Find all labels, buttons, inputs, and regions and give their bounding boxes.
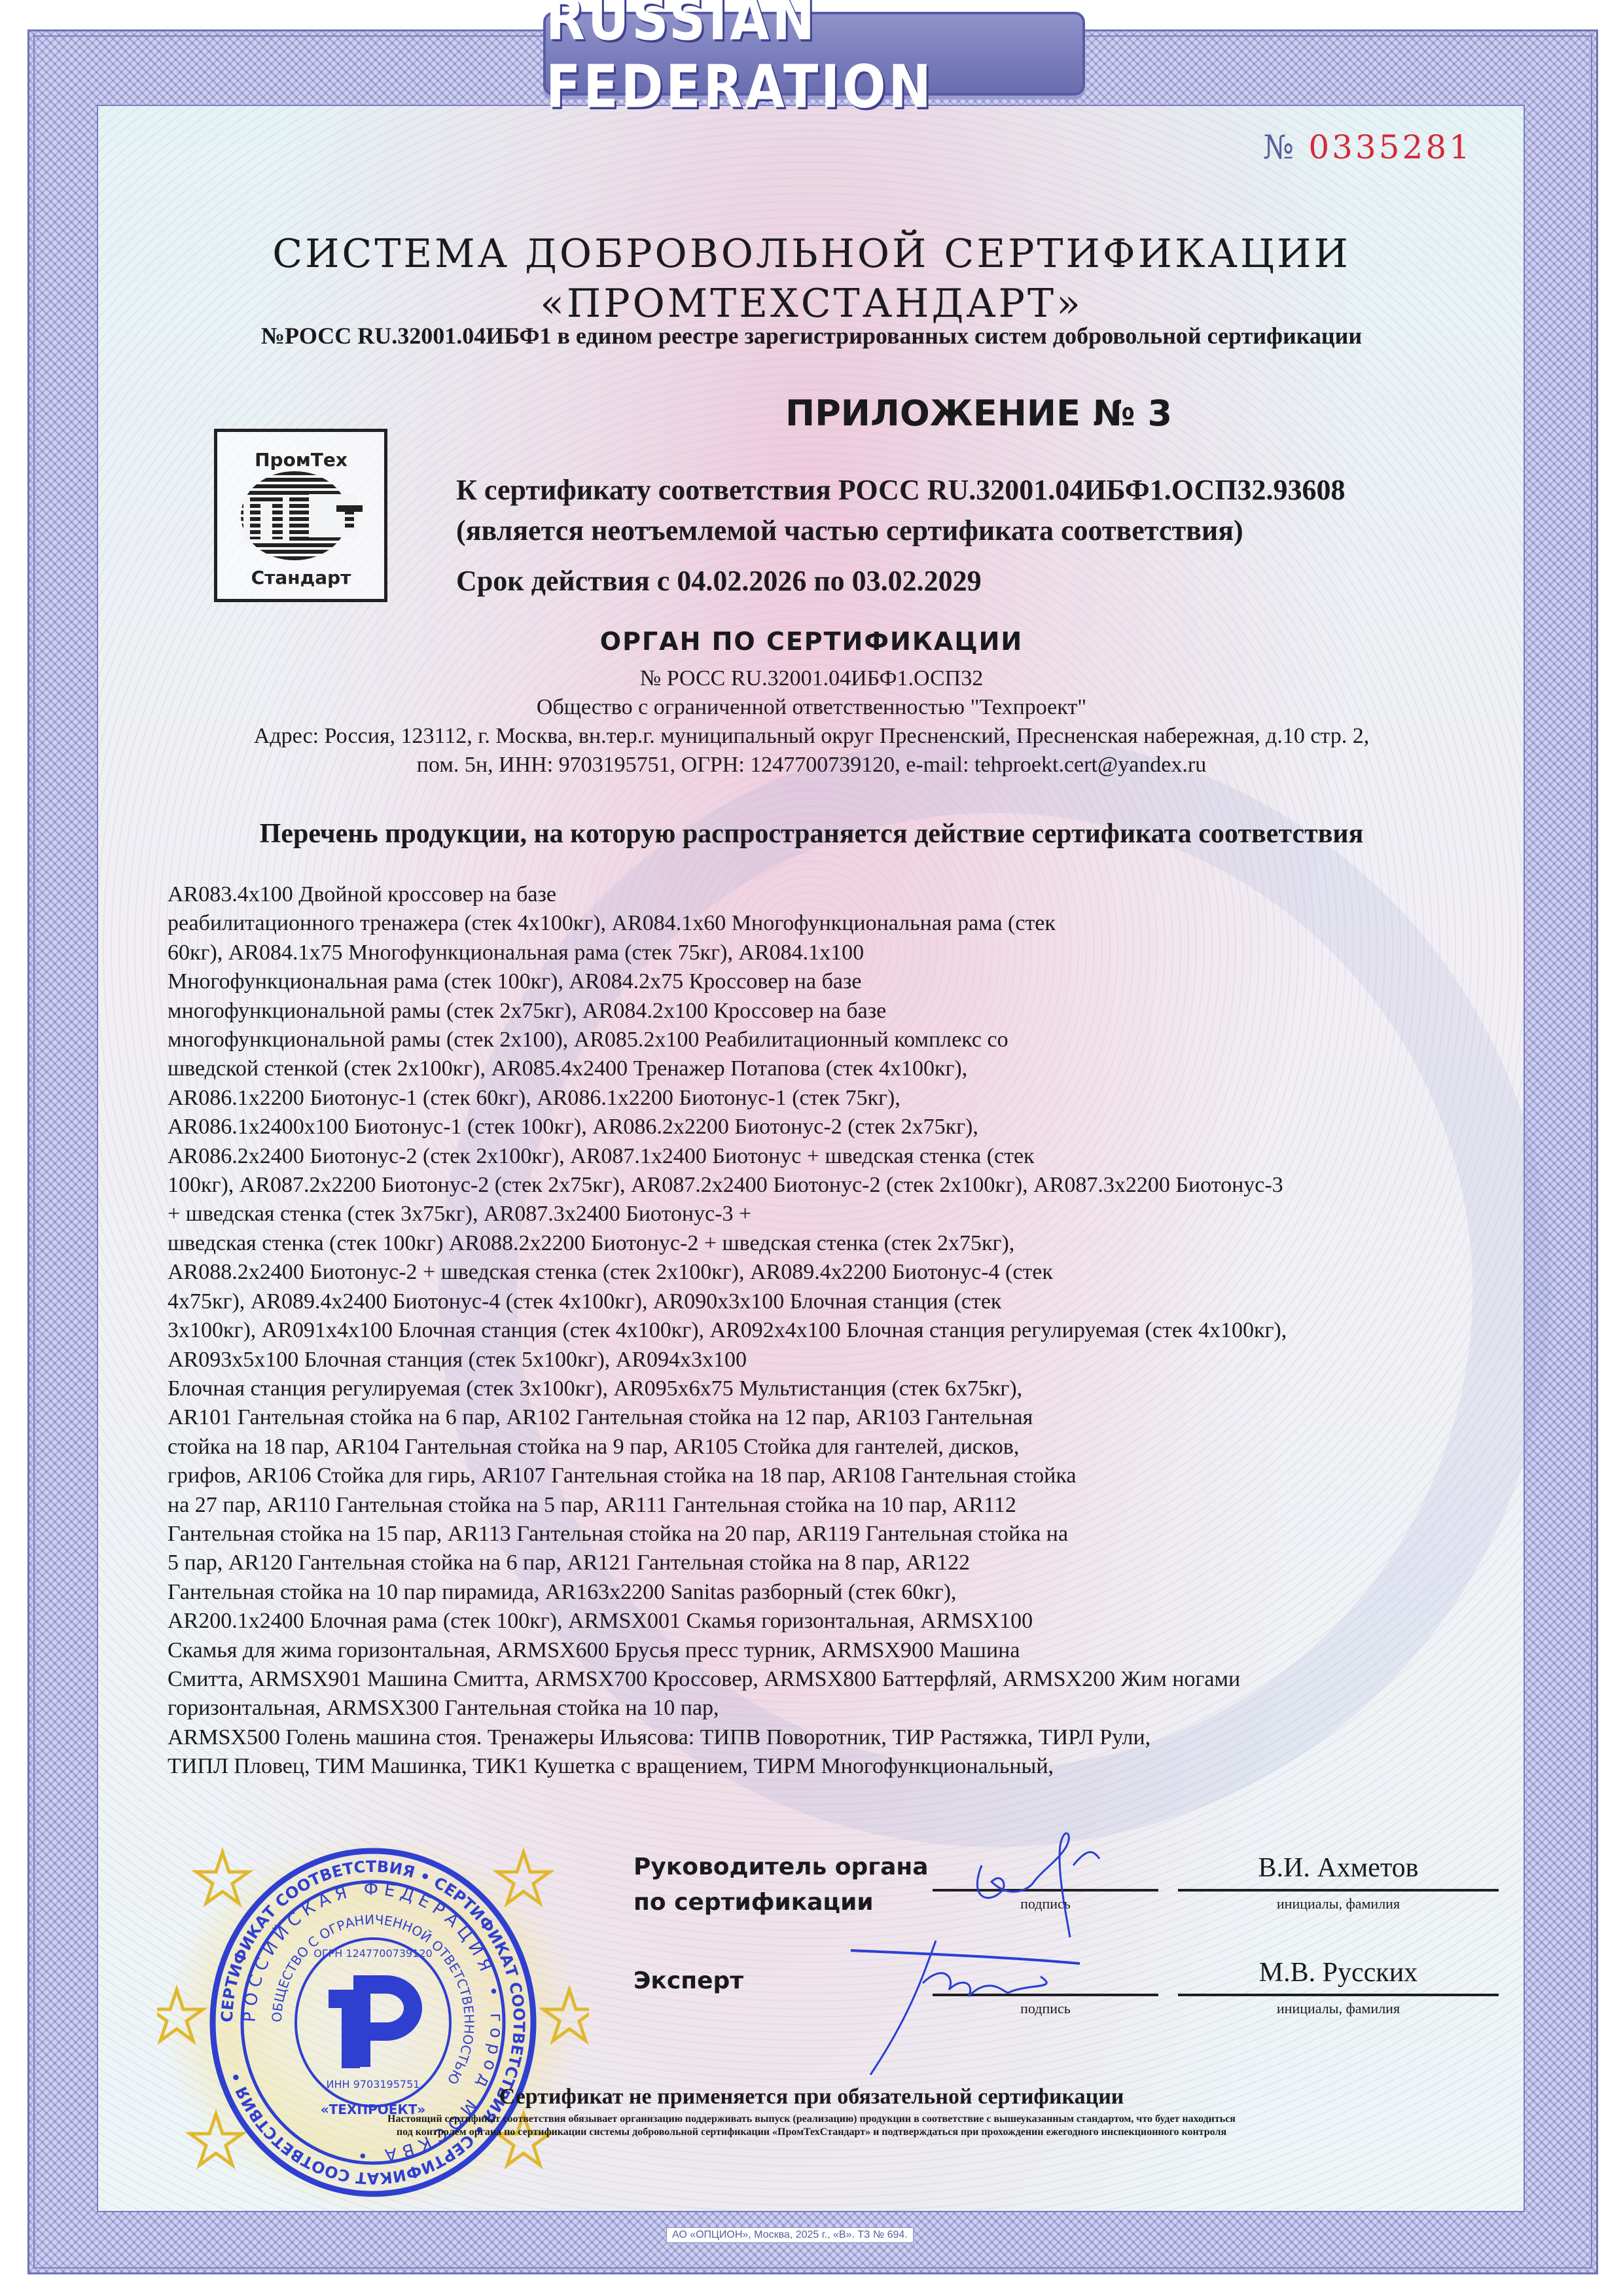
system-title: СИСТЕМА ДОБРОВОЛЬНОЙ СЕРТИФИКАЦИИ «ПРОМТ…	[0, 229, 1623, 329]
product-list-line: Блочная станция регулируемая (стек 3x100…	[168, 1374, 1503, 1403]
product-list-line: ARMSX500 Голень машина стоя. Тренажеры И…	[168, 1723, 1503, 1752]
product-list-line: + шведская стенка (стек 3x75кг), AR087.3…	[168, 1200, 1503, 1229]
head-name: В.И. Ахметов	[1178, 1852, 1499, 1884]
footer-note: Настоящий сертификат соответствия обязыв…	[0, 2113, 1623, 2139]
product-list-line: AR086.2x2400 Биотонус-2 (стек 2x100кг), …	[168, 1142, 1503, 1171]
expert-name: М.В. Русских	[1178, 1957, 1499, 1988]
head-of-body-label: Руководитель органа по сертификации	[633, 1850, 929, 1920]
expert-label: Эксперт	[633, 1964, 743, 1999]
product-list-line: на 27 пар, AR110 Гантельная стойка на 5 …	[168, 1491, 1503, 1520]
certification-body-heading: ОРГАН ПО СЕРТИФИКАЦИИ	[0, 627, 1623, 656]
stamp-ogrn: ОГРН 1247700739120	[313, 1947, 432, 1960]
product-list-line: реабилитационного тренажера (стек 4x100к…	[168, 909, 1503, 938]
name-line-expert	[1178, 1994, 1499, 1996]
product-list-line: AR101 Гантельная стойка на 6 пар, AR102 …	[168, 1403, 1503, 1432]
product-list-heading: Перечень продукции, на которую распростр…	[0, 818, 1623, 850]
serial-prefix: №	[1263, 128, 1296, 166]
product-list-line: AR086.1x2400x100 Биотонус-1 (стек 100кг)…	[168, 1113, 1503, 1141]
logo-top-text: ПромТех	[255, 449, 348, 471]
product-list: AR083.4x100 Двойной кроссовер на базереа…	[168, 880, 1503, 1782]
appendix-title: ПРИЛОЖЕНИЕ № 3	[785, 393, 1172, 434]
product-list-line: 3x100кг), AR091x4x100 Блочная станция (с…	[168, 1316, 1503, 1345]
product-list-line: AR086.1x2200 Биотонус-1 (стек 60кг), AR0…	[168, 1084, 1503, 1113]
certification-body-info: № РОСС RU.32001.04ИБФ1.ОСП32 Общество с …	[0, 664, 1623, 780]
product-list-line: Гантельная стойка на 10 пар пирамида, AR…	[168, 1578, 1503, 1607]
head-label-line2: по сертификации	[633, 1885, 929, 1920]
footer-title: Сертификат не применяется при обязательн…	[0, 2085, 1623, 2109]
name-line-head	[1178, 1889, 1499, 1892]
product-list-line: AR088.2x2400 Биотонус-2 + шведская стенк…	[168, 1258, 1503, 1287]
logo-bottom-text: Стандарт	[251, 567, 352, 588]
product-list-line: AR083.4x100 Двойной кроссовер на базе	[168, 880, 1503, 909]
name-caption-expert: инициалы, фамилия	[1178, 2000, 1499, 2017]
promtekhstandart-logo-icon: ПромТех Стандарт	[214, 429, 387, 602]
certificate-note-line: (является неотъемлемой частью сертификат…	[456, 511, 1345, 551]
footer-note-line1: Настоящий сертификат соответствия обязыв…	[0, 2113, 1623, 2126]
certificate-number-line: К сертификату соответствия РОСС RU.32001…	[456, 470, 1345, 511]
signature-expert-icon	[844, 1937, 1158, 2081]
product-list-line: AR093x5x100 Блочная станция (стек 5x100к…	[168, 1346, 1503, 1374]
printer-imprint: АО «ОПЦИОН», Москва, 2025 г., «В». ТЗ № …	[666, 2227, 914, 2243]
product-list-line: горизонтальная, ARMSX300 Гантельная стой…	[168, 1694, 1503, 1723]
product-list-line: Скамья для жима горизонтальная, ARMSX600…	[168, 1636, 1503, 1665]
expert-label-line1: Эксперт	[633, 1964, 743, 1999]
banner-russian-federation: RUSSIAN FEDERATION	[543, 12, 1085, 96]
certification-body-number: № РОСС RU.32001.04ИБФ1.ОСП32	[0, 664, 1623, 693]
banner-text: RUSSIAN FEDERATION	[546, 0, 1082, 122]
name-caption-head: инициалы, фамилия	[1178, 1895, 1499, 1912]
certification-body-name: Общество с ограниченной ответственностью…	[0, 693, 1623, 722]
product-list-line: Смитта, ARMSX901 Машина Смитта, ARMSX700…	[168, 1665, 1503, 1694]
certificate-reference: К сертификату соответствия РОСС RU.32001…	[456, 470, 1345, 551]
product-list-line: ТИПЛ Пловец, ТИМ Машинка, ТИК1 Кушетка с…	[168, 1752, 1503, 1781]
footer-note-line2: под контролем органа по сертификации сис…	[0, 2126, 1623, 2139]
product-list-line: AR200.1x2400 Блочная рама (стек 100кг), …	[168, 1607, 1503, 1636]
product-list-line: шведская стенка (стек 100кг) AR088.2x220…	[168, 1229, 1503, 1258]
certification-body-address-2: пом. 5н, ИНН: 9703195751, ОГРН: 12477007…	[0, 751, 1623, 780]
certification-body-address-1: Адрес: Россия, 123112, г. Москва, вн.тер…	[0, 722, 1623, 751]
product-list-line: многофункциональной рамы (стек 2x100), A…	[168, 1026, 1503, 1054]
signature-head-icon	[962, 1820, 1132, 1950]
product-list-line: 5 пар, AR120 Гантельная стойка на 6 пар,…	[168, 1549, 1503, 1577]
product-list-line: Многофункциональная рама (стек 100кг), A…	[168, 967, 1503, 996]
system-registration: №РОСС RU.32001.04ИБФ1 в едином реестре з…	[0, 322, 1623, 350]
product-list-line: Гантельная стойка на 15 пар, AR113 Ганте…	[168, 1520, 1503, 1549]
system-title-line2: «ПРОМТЕХСТАНДАРТ»	[0, 279, 1623, 329]
system-title-line1: СИСТЕМА ДОБРОВОЛЬНОЙ СЕРТИФИКАЦИИ	[0, 229, 1623, 279]
official-stamp: СЕРТИФИКАТ СООТВЕТСТВИЯ • СЕРТИФИКАТ СОО…	[157, 1826, 589, 2219]
serial-value: 0335281	[1308, 128, 1472, 166]
validity-period: Срок действия с 04.02.2026 по 03.02.2029	[456, 564, 982, 598]
product-list-line: 100кг), AR087.2x2200 Биотонус-2 (стек 2x…	[168, 1171, 1503, 1200]
product-list-line: стойка на 18 пар, AR104 Гантельная стойк…	[168, 1433, 1503, 1462]
product-list-line: многофункциональной рамы (стек 2x75кг), …	[168, 997, 1503, 1026]
product-list-line: 60кг), AR084.1x75 Многофункциональная ра…	[168, 939, 1503, 967]
head-label-line1: Руководитель органа	[633, 1850, 929, 1885]
product-list-line: шведской стенкой (стек 2x100кг), AR085.4…	[168, 1054, 1503, 1083]
serial-number: №0335281	[1263, 128, 1472, 166]
product-list-line: грифов, AR106 Стойка для гирь, AR107 Ган…	[168, 1462, 1503, 1490]
product-list-line: 4x75кг), AR089.4x2400 Биотонус-4 (стек 4…	[168, 1287, 1503, 1316]
